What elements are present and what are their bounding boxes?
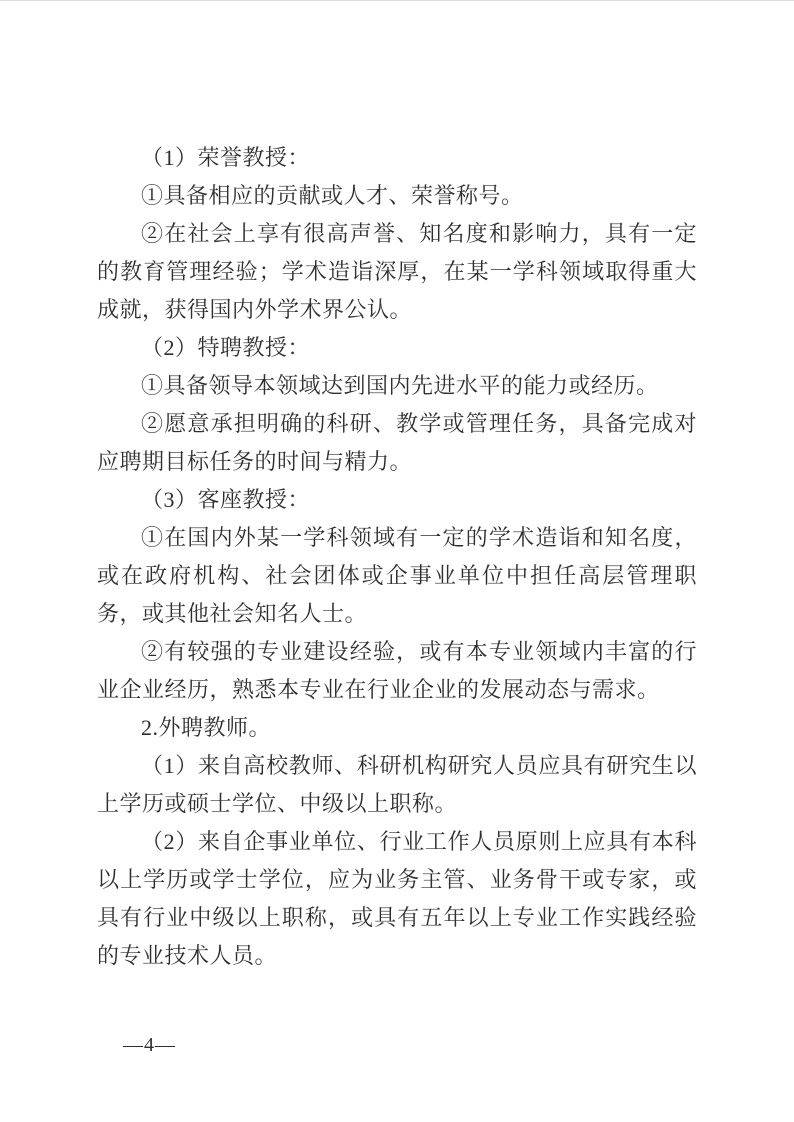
item-2-distinguished-professor-title: （2）特聘教授： bbox=[97, 329, 697, 367]
item-1-honorary-professor-title: （1）荣誉教授： bbox=[97, 139, 697, 177]
page-footer: —4— bbox=[123, 1031, 176, 1059]
document-page: （1）荣誉教授： ①具备相应的贡献或人才、荣誉称号。 ②在社会上享有很高声誉、知… bbox=[0, 0, 794, 1122]
honorary-professor-condition-1: ①具备相应的贡献或人才、荣誉称号。 bbox=[97, 177, 697, 215]
section-2-external-teachers-title: 2.外聘教师。 bbox=[97, 709, 697, 747]
document-body: （1）荣誉教授： ①具备相应的贡献或人才、荣誉称号。 ②在社会上享有很高声誉、知… bbox=[97, 139, 697, 975]
external-teachers-condition-2: （2）来自企事业单位、行业工作人员原则上应具有本科以上学历或学士学位，应为业务主… bbox=[97, 823, 697, 975]
guest-professor-condition-2: ②有较强的专业建设经验，或有本专业领域内丰富的行业企业经历，熟悉本专业在行业企业… bbox=[97, 633, 697, 709]
item-3-guest-professor-title: （3）客座教授： bbox=[97, 481, 697, 519]
honorary-professor-condition-2: ②在社会上享有很高声誉、知名度和影响力，具有一定的教育管理经验；学术造诣深厚，在… bbox=[97, 215, 697, 329]
page-number: —4— bbox=[123, 1034, 176, 1056]
distinguished-professor-condition-2: ②愿意承担明确的科研、教学或管理任务，具备完成对应聘期目标任务的时间与精力。 bbox=[97, 405, 697, 481]
scan-top-edge bbox=[0, 0, 794, 1]
distinguished-professor-condition-1: ①具备领导本领域达到国内先进水平的能力或经历。 bbox=[97, 367, 697, 405]
guest-professor-condition-1: ①在国内外某一学科领域有一定的学术造诣和知名度，或在政府机构、社会团体或企事业单… bbox=[97, 519, 697, 633]
external-teachers-condition-1: （1）来自高校教师、科研机构研究人员应具有研究生以上学历或硕士学位、中级以上职称… bbox=[97, 747, 697, 823]
